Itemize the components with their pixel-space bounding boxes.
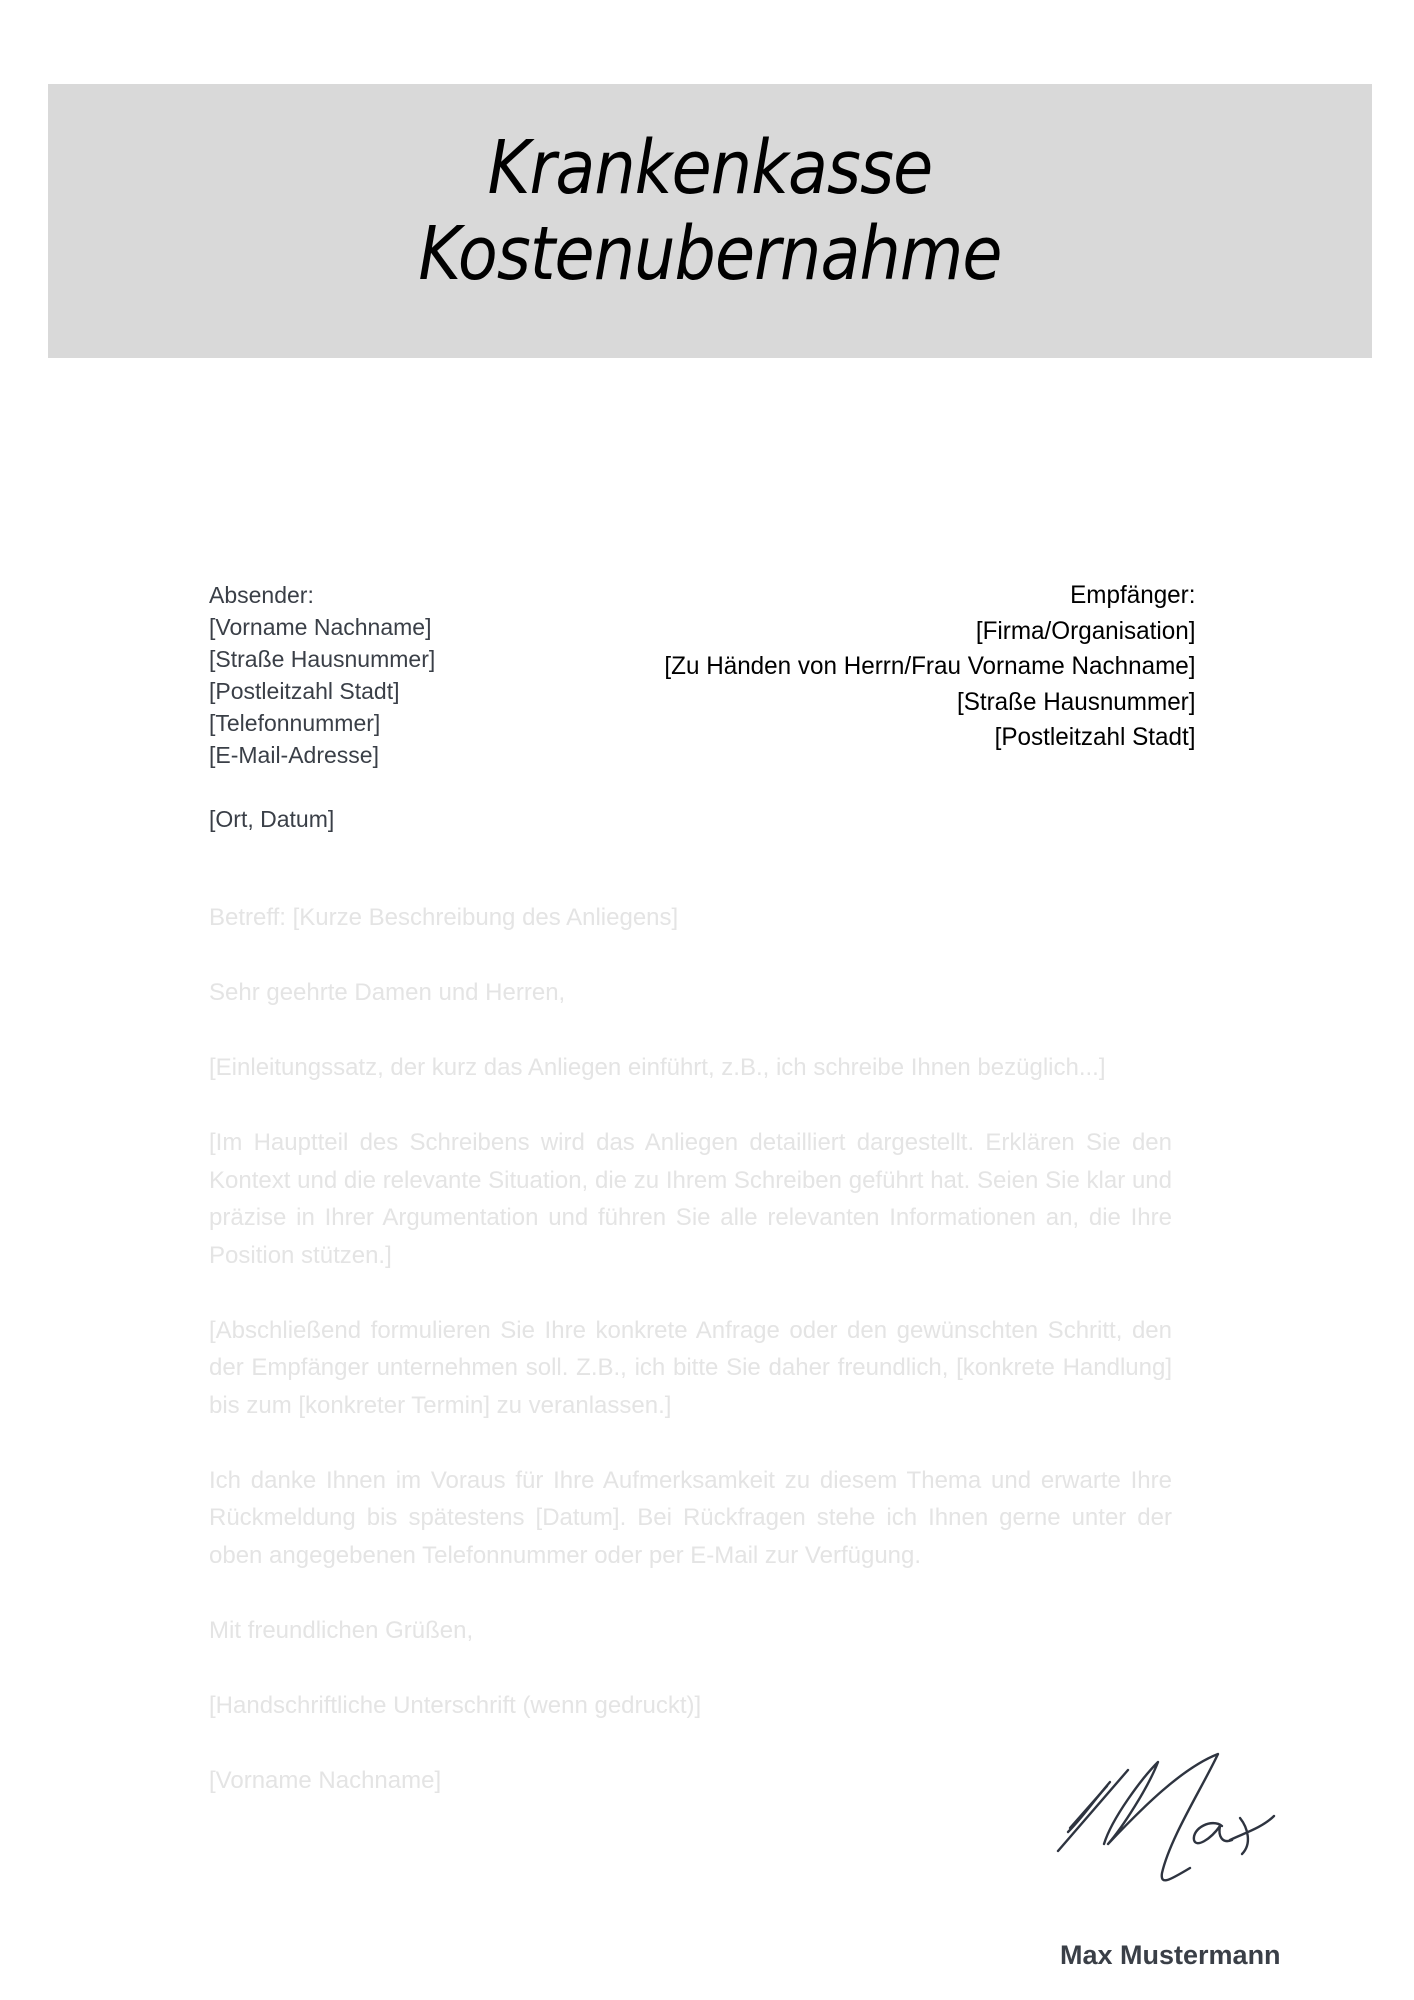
recipient-attention: [Zu Händen von Herrn/Frau Vorname Nachna…	[664, 649, 1195, 685]
sender-name: [Vorname Nachname]	[209, 611, 435, 643]
title-banner: Krankenkasse Kostenubernahme	[48, 84, 1372, 358]
sender-phone: [Telefonnummer]	[209, 707, 435, 739]
sender-email: [E-Mail-Adresse]	[209, 739, 435, 771]
thanks-paragraph: Ich danke Ihnen im Voraus für Ihre Aufme…	[209, 1462, 1172, 1575]
sender-label: Absender:	[209, 579, 435, 611]
sender-street: [Straße Hausnummer]	[209, 643, 435, 675]
intro-paragraph: [Einleitungssatz, der kurz das Anliegen …	[209, 1049, 1172, 1087]
recipient-label: Empfänger:	[664, 578, 1195, 614]
sender-block: Absender: [Vorname Nachname] [Straße Hau…	[209, 579, 435, 835]
subject-line: Betreff: [Kurze Beschreibung des Anliege…	[209, 899, 1172, 937]
recipient-city: [Postleitzahl Stadt]	[664, 720, 1195, 756]
letter-body: Betreff: [Kurze Beschreibung des Anliege…	[209, 899, 1172, 1837]
sender-city: [Postleitzahl Stadt]	[209, 675, 435, 707]
main-paragraph: [Im Hauptteil des Schreibens wird das An…	[209, 1124, 1172, 1274]
place-date: [Ort, Datum]	[209, 803, 435, 835]
page-title-line1: Krankenkasse	[127, 125, 1292, 211]
salutation: Sehr geehrte Damen und Herren,	[209, 974, 1172, 1012]
request-paragraph: [Abschließend formulieren Sie Ihre konkr…	[209, 1312, 1172, 1425]
recipient-block: Empfänger: [Firma/Organisation] [Zu Händ…	[664, 578, 1195, 756]
closing: Mit freundlichen Grüßen,	[209, 1612, 1172, 1650]
name-placeholder: [Vorname Nachname]	[209, 1762, 1172, 1800]
handwritten-signature-icon	[1052, 1748, 1282, 1898]
signature-placeholder: [Handschriftliche Unterschrift (wenn ged…	[209, 1687, 1172, 1725]
signatory-name: Max Mustermann	[1060, 1940, 1281, 1971]
page-title-line2: Kostenubernahme	[127, 211, 1292, 297]
spacer	[209, 771, 435, 803]
recipient-company: [Firma/Organisation]	[664, 614, 1195, 650]
recipient-street: [Straße Hausnummer]	[664, 685, 1195, 721]
